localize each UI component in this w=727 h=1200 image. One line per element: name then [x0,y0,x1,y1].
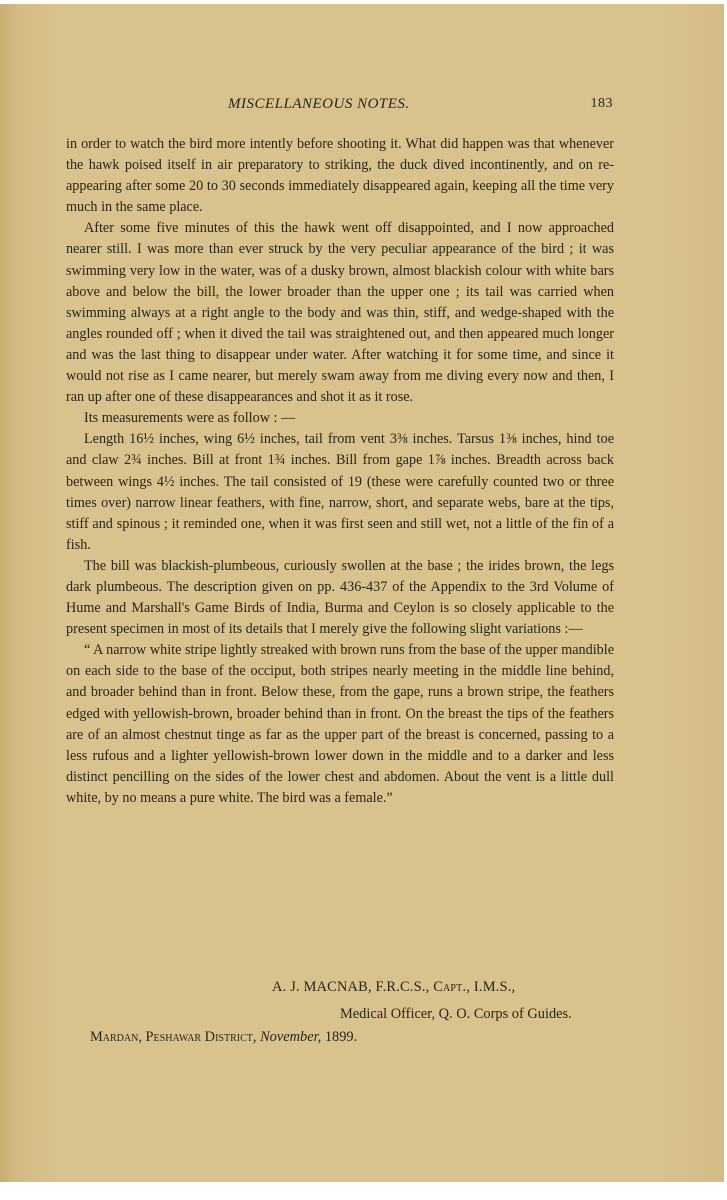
author-service: I.M.S., [474,979,515,995]
author-rank: Capt., [433,979,470,995]
dateline: Mardan, Peshawar District, November, 189… [90,1029,357,1046]
paragraph-quoted-variations: “ A narrow white stripe lightly streaked… [66,640,614,809]
paragraph-measurements-intro: Its measurements were as follow : — [66,408,614,429]
author-name: A. J. MACNAB, F.R.C.S., [272,979,429,995]
author-position: Medical Officer, Q. O. Corps of Guides. [340,1006,572,1023]
dateline-month: November, [260,1029,321,1045]
dateline-year: 1899. [325,1029,357,1045]
scanned-book-page: MISCELLANEOUS NOTES. 183 in order to wat… [0,4,724,1182]
author-signature: A. J. MACNAB, F.R.C.S., Capt., I.M.S., [272,979,515,996]
article-body: in order to watch the bird more intently… [66,134,614,809]
paragraph-continuation: in order to watch the bird more intently… [66,134,614,218]
paragraph-measurements: Length 16½ inches, wing 6½ inches, tail … [66,429,614,556]
dateline-place: Mardan, Peshawar District, [90,1029,256,1045]
running-title: MISCELLANEOUS NOTES. [228,96,410,113]
paragraph-observation: After some five minutes of this the hawk… [66,218,614,408]
page-number: 183 [591,96,614,112]
paragraph-bill-description: The bill was blackish-plumbeous, curious… [66,556,614,640]
running-header: MISCELLANEOUS NOTES. 183 [228,96,613,116]
